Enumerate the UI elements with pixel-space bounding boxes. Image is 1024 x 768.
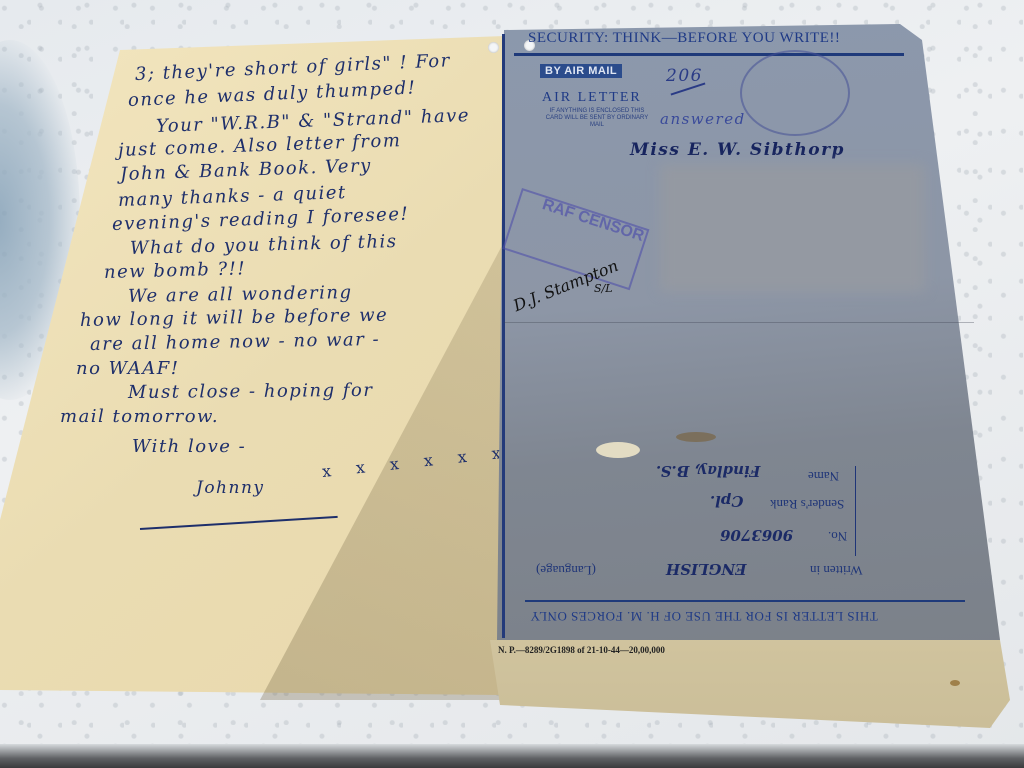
security-rule bbox=[514, 53, 904, 56]
print-code: N. P.—8289/2G1898 of 21-10-44—20,00,000 bbox=[498, 645, 665, 655]
number-annotation: 206 bbox=[666, 66, 703, 86]
handwritten-line: mail tomorrow. bbox=[60, 406, 219, 427]
signature: Johnny bbox=[196, 478, 265, 498]
handwritten-closing: With love - bbox=[132, 436, 246, 457]
sender-no-value: 9063706 bbox=[720, 526, 793, 544]
recipient-name: Miss E. W. Sibthorp bbox=[630, 140, 845, 160]
sender-bracket bbox=[855, 466, 862, 556]
handwritten-line: We are all wondering bbox=[128, 282, 353, 307]
handwritten-line: new bomb ?!! bbox=[104, 258, 247, 283]
answered-annotation: answered bbox=[660, 110, 746, 128]
handwritten-line: Must close - hoping for bbox=[128, 380, 374, 403]
blurred-address bbox=[660, 164, 925, 292]
sender-no-label: No. bbox=[828, 528, 847, 544]
bottom-rule bbox=[525, 600, 965, 602]
sender-rank-label: Sender's Rank bbox=[770, 496, 844, 512]
fold-line bbox=[504, 322, 974, 323]
form-left-border bbox=[502, 34, 505, 638]
postmark-circle bbox=[740, 50, 850, 136]
handwritten-page: 3; they're short of girls" ! For once he… bbox=[0, 0, 510, 768]
paper-stain bbox=[596, 442, 640, 458]
forces-only-notice: THIS LETTER IS FOR THE USE OF H. M. FORC… bbox=[530, 608, 878, 624]
air-letter-form: SECURITY: THINK—BEFORE YOU WRITE!! BY AI… bbox=[490, 0, 1024, 740]
censor-signature-suffix: S/L bbox=[594, 282, 613, 295]
language-suffix: (Language) bbox=[536, 562, 596, 578]
sender-rank-value: Cpl. bbox=[710, 492, 743, 510]
language-label: Written in bbox=[810, 562, 863, 578]
sender-name-value: Findlay, B.S. bbox=[656, 462, 760, 480]
language-value: ENGLISH bbox=[666, 560, 747, 578]
airmail-badge: BY AIR MAIL bbox=[540, 64, 622, 78]
air-letter-title: AIR LETTER bbox=[542, 90, 642, 106]
enclosure-note: IF ANYTHING IS ENCLOSED THIS CARD WILL B… bbox=[542, 108, 652, 129]
paper-stain bbox=[950, 680, 960, 686]
sender-name-label: Name bbox=[808, 468, 839, 484]
paper-stain bbox=[676, 432, 716, 442]
handwritten-line: no WAAF! bbox=[76, 358, 179, 379]
security-header: SECURITY: THINK—BEFORE YOU WRITE!! bbox=[528, 30, 840, 47]
